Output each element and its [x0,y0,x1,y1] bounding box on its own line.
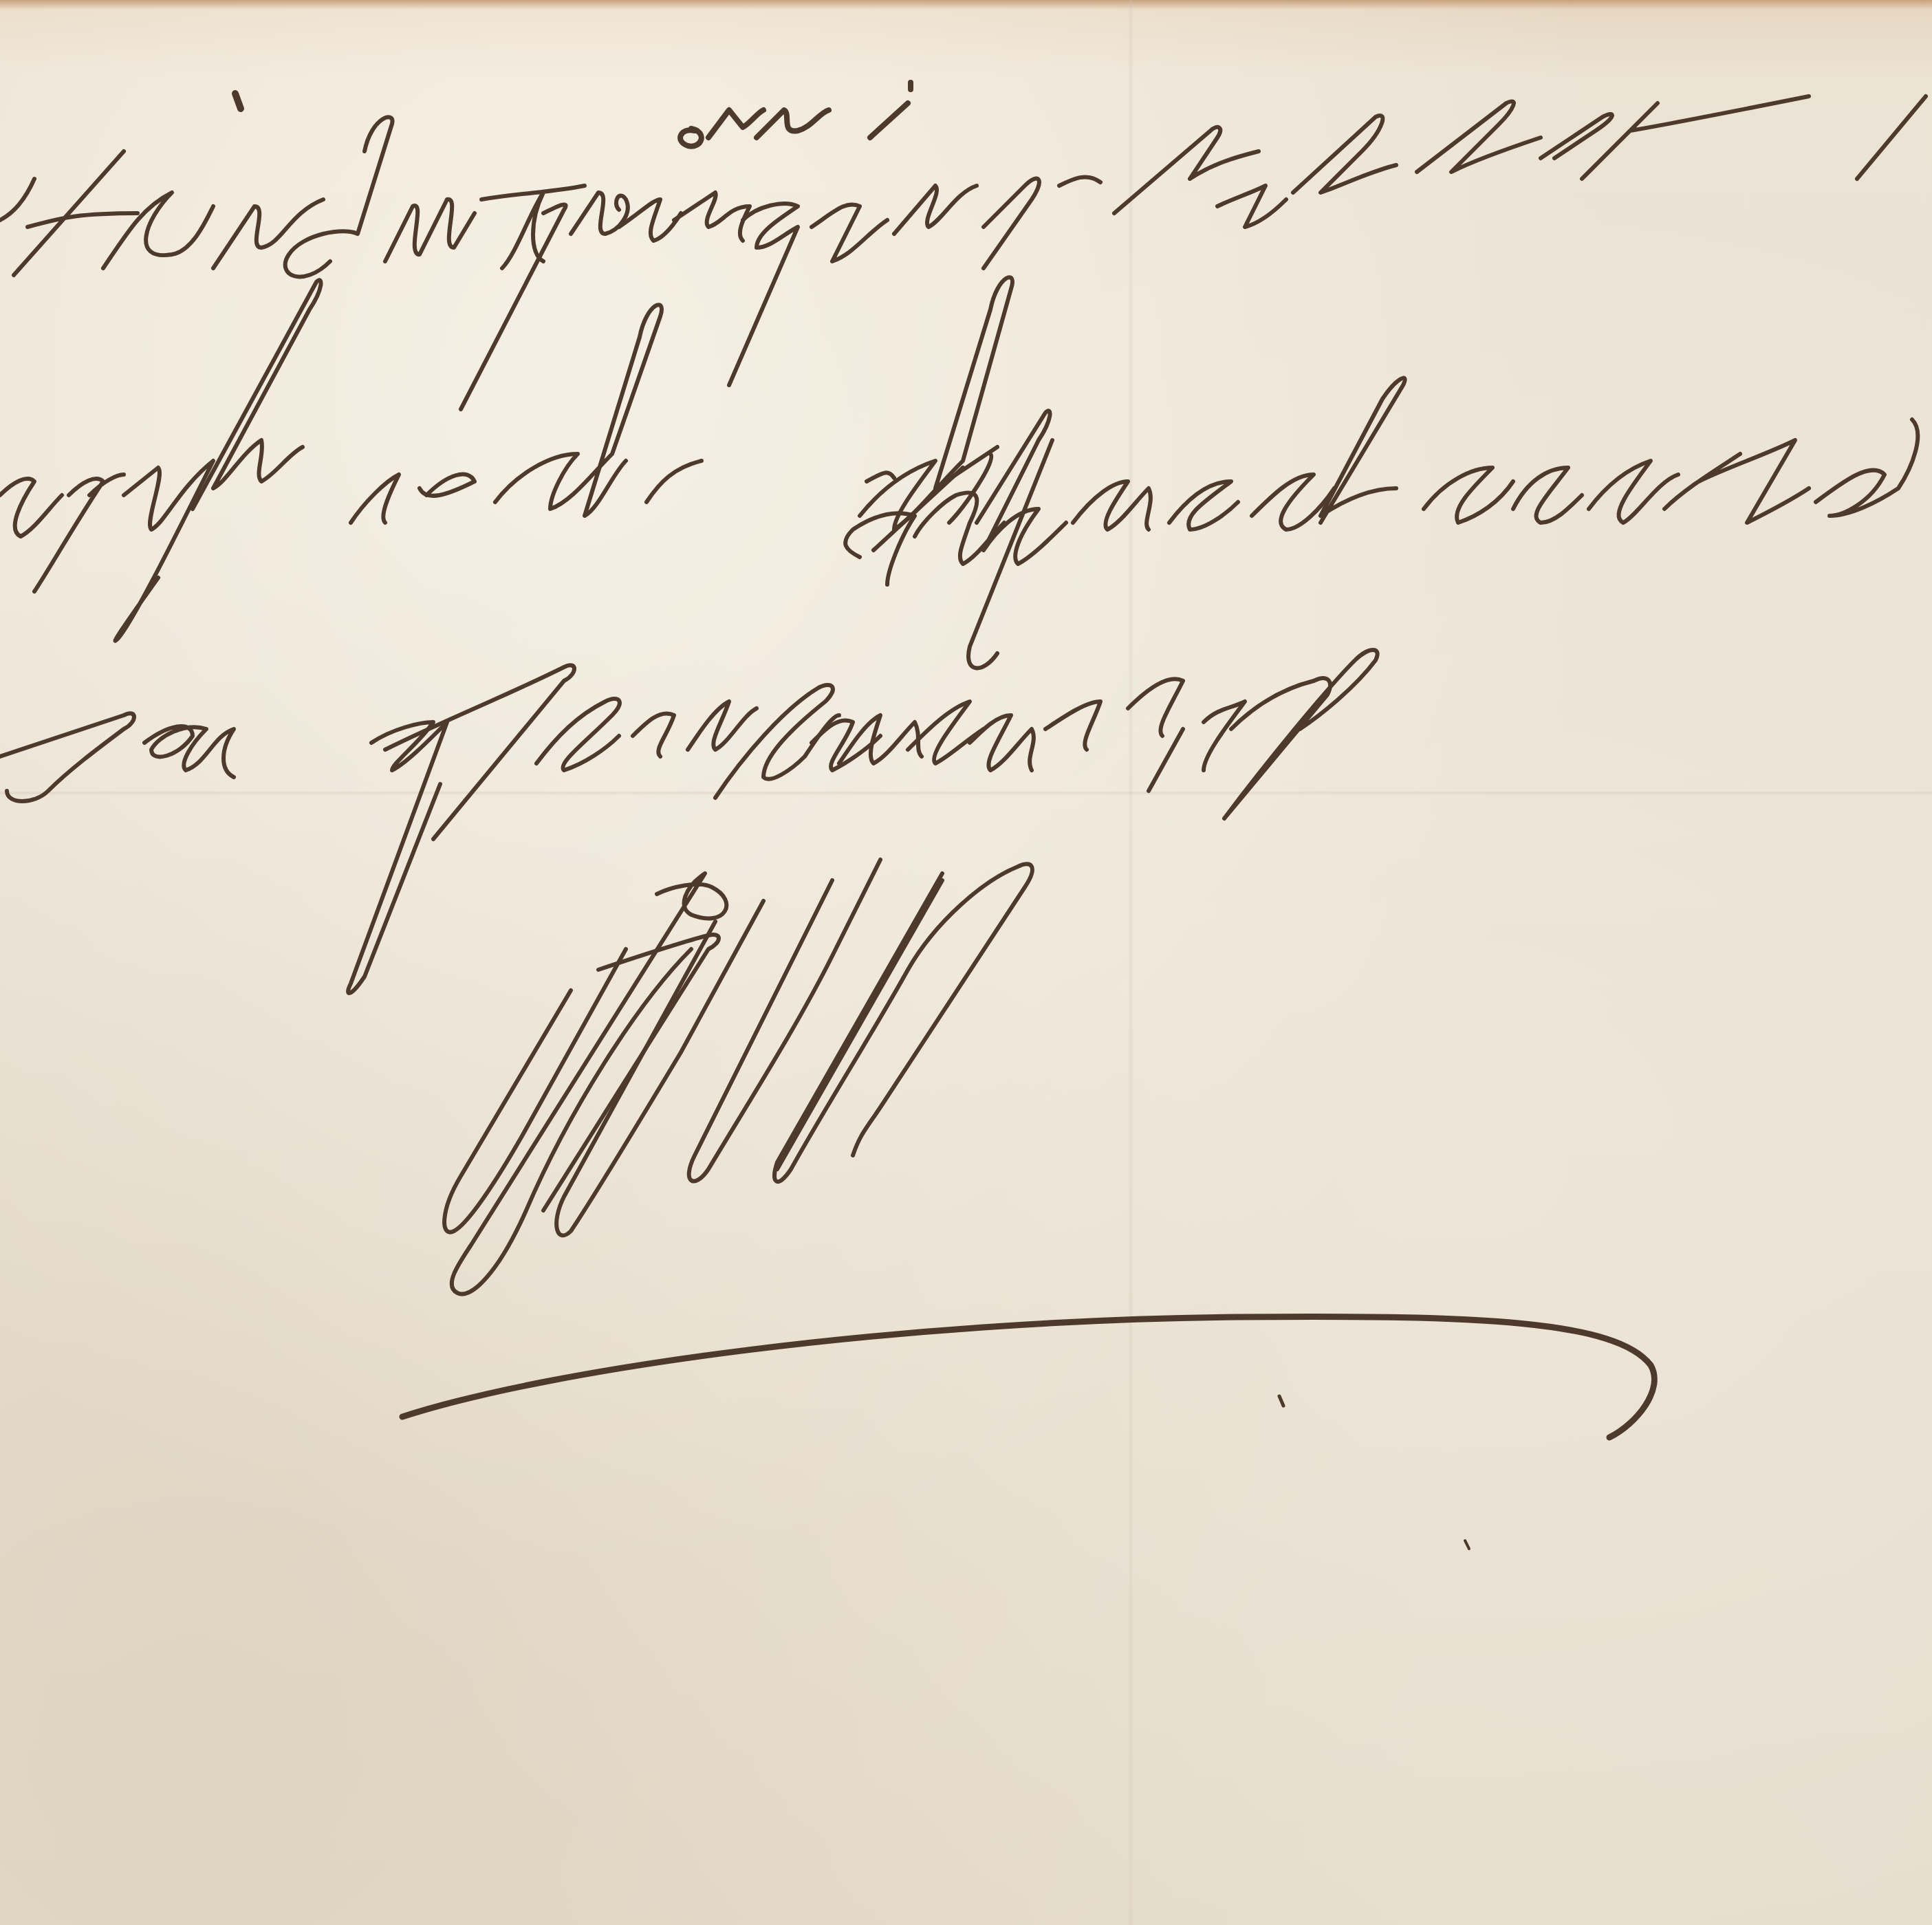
insertion-ink [680,83,911,146]
ink-speck [1279,1396,1283,1406]
signature-ink [444,860,1032,1294]
line-2-ink [0,277,1918,668]
handwriting-ink [0,0,1932,1925]
ink-speck [1465,1541,1469,1549]
line-1-ink [0,96,1926,409]
ink-dot [235,94,241,109]
signature-flourish [402,1316,1654,1437]
document-page: orrei attendant qu'on ne peut p auquel p… [0,0,1932,1925]
